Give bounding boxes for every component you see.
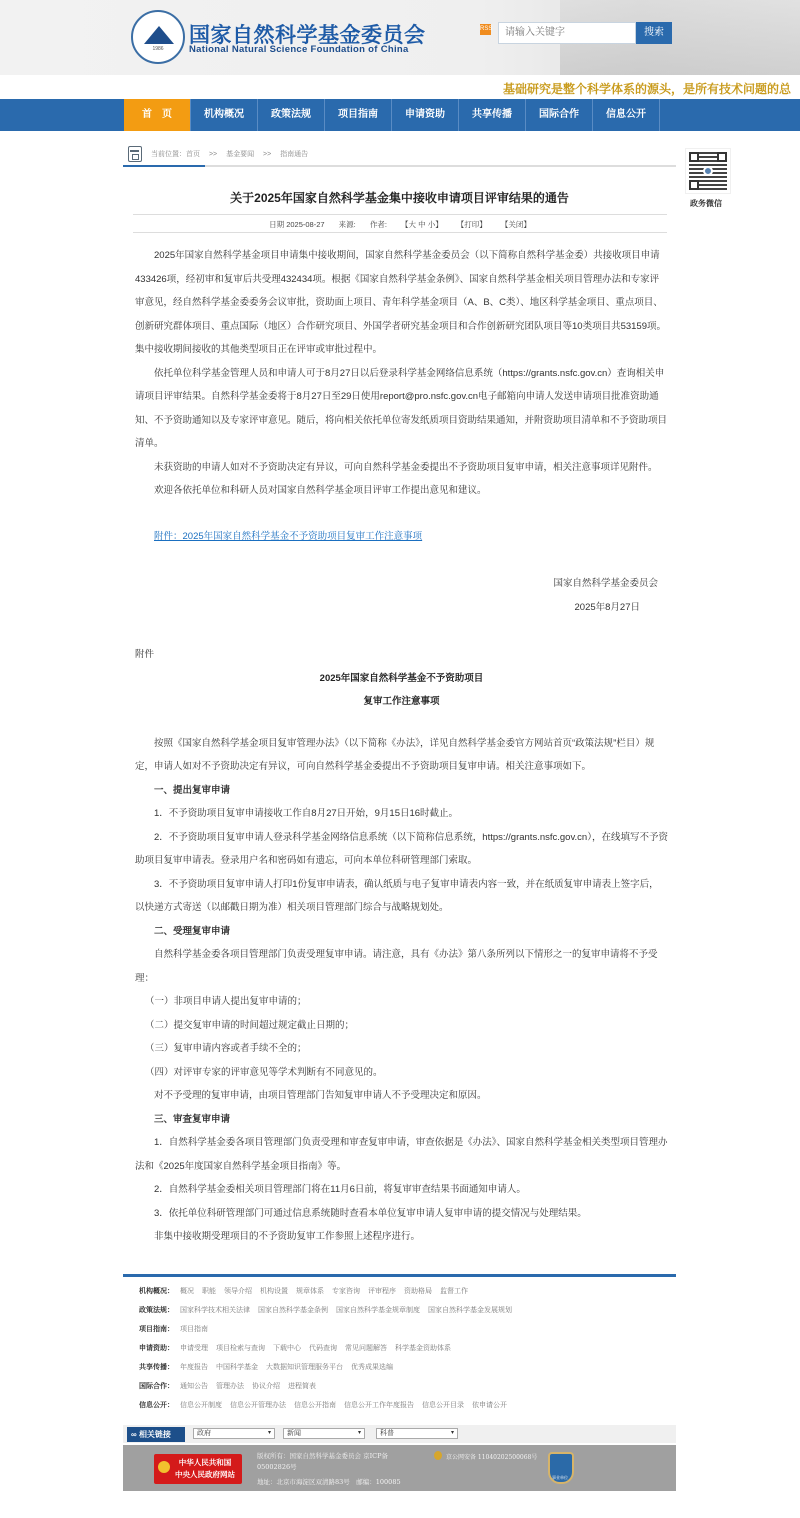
select-science[interactable]: 科普▾ bbox=[376, 1428, 458, 1439]
section-intro: 自然科学基金委各项目管理部门负责受理复审申请。请注意，具有《办法》第八条所列以下… bbox=[135, 943, 668, 990]
list-item: （二）提交复审申请的时间超过规定截止日期的； bbox=[135, 1014, 668, 1038]
footer-link[interactable]: 专家咨询 bbox=[332, 1288, 360, 1295]
section-heading: 三、审查复审申请 bbox=[135, 1108, 668, 1132]
breadcrumb-divider bbox=[123, 165, 676, 167]
footer-link[interactable]: 规章体系 bbox=[296, 1288, 324, 1295]
footer-link[interactable]: 国家自然科学基金发展规划 bbox=[428, 1307, 512, 1314]
qr-corner bbox=[689, 180, 699, 190]
footer-link[interactable]: 信息公开指南 bbox=[294, 1402, 336, 1409]
select-value: 新闻 bbox=[287, 1430, 301, 1437]
attachment-intro: 按照《国家自然科学基金项目复审管理办法》（以下简称《办法》，详见自然科学基金委官… bbox=[135, 732, 668, 779]
breadcrumb-sep: >> bbox=[209, 151, 217, 158]
footer-link[interactable]: 国家自然科学基金条例 bbox=[258, 1307, 328, 1314]
divider bbox=[133, 232, 667, 233]
footer-link[interactable]: 年度报告 bbox=[180, 1364, 208, 1371]
search-input[interactable]: 请输入关键字 bbox=[498, 22, 636, 44]
footer-link[interactable]: 信息公开工作年度报告 bbox=[344, 1402, 414, 1409]
list-item: 2．不予资助项目复审申请人登录科学基金网络信息系统（以下简称信息系统，https… bbox=[135, 826, 668, 873]
footer-category: 项目指南： bbox=[139, 1326, 174, 1333]
attachment-title-line2: 复审工作注意事项 bbox=[135, 690, 668, 714]
footer-link[interactable]: 常见问题解答 bbox=[345, 1345, 387, 1352]
list-item: 3．不予资助项目复审申请人打印1份复审申请表，确认纸质与电子复审申请表内容一致，… bbox=[135, 873, 668, 920]
divider bbox=[133, 214, 667, 215]
article-title: 关于2025年国家自然科学基金集中接收申请项目评审结果的通告 bbox=[123, 189, 676, 206]
gov-badge-line1: 中华人民共和国 bbox=[168, 1457, 242, 1469]
article-meta: 日期 2025-08-27 来源: 作者: 【大 中 小】 【打印】 【关闭】 bbox=[133, 219, 667, 230]
footer-category: 国际合作： bbox=[139, 1383, 174, 1390]
footer-category: 申请资助： bbox=[139, 1345, 174, 1352]
list-item: （一）非项目申请人提出复审申请的； bbox=[135, 990, 668, 1014]
attachment-link[interactable]: 附件：2025年国家自然科学基金不予资助项目复审工作注意事项 bbox=[154, 531, 422, 542]
footer-link-row: 项目指南：项目指南 bbox=[139, 1324, 679, 1343]
nav-item-disclosure[interactable]: 信息公开 bbox=[593, 99, 660, 131]
nav-item-home[interactable]: 首 页 bbox=[124, 99, 191, 131]
article-paragraph: 2025年国家自然科学基金项目申请集中接收期间，国家自然科学基金委员会（以下简称… bbox=[135, 244, 668, 362]
nav-item-about[interactable]: 机构概况 bbox=[191, 99, 258, 131]
footer-link[interactable]: 优秀成果选编 bbox=[351, 1364, 393, 1371]
breadcrumb: 当前位置：首页 >> 基金要闻 >> 指南通告 bbox=[151, 149, 315, 159]
footer-link[interactable]: 国家科学技术相关法律 bbox=[180, 1307, 250, 1314]
national-emblem-icon bbox=[158, 1461, 170, 1473]
nav-item-policy[interactable]: 政策法规 bbox=[258, 99, 325, 131]
nav-item-guide[interactable]: 项目指南 bbox=[325, 99, 392, 131]
chevron-down-icon: ▾ bbox=[268, 1429, 271, 1438]
copyright-line2: 05002826号 bbox=[257, 1462, 297, 1471]
qr-label: 政务微信 bbox=[690, 198, 722, 209]
nav-item-international[interactable]: 国际合作 bbox=[526, 99, 593, 131]
footer-link[interactable]: 大数据知识管理服务平台 bbox=[266, 1364, 343, 1371]
signature-org: 国家自然科学基金委员会 bbox=[135, 572, 658, 596]
address: 地址：北京市海淀区双清路83号 邮编：100085 bbox=[257, 1477, 401, 1486]
search-button[interactable]: 搜索 bbox=[636, 22, 672, 44]
attachment-title-line1: 2025年国家自然科学基金不予资助项目 bbox=[135, 667, 668, 691]
footer-sitemap: 机构概况：概况职能领导介绍机构设置规章体系专家咨询评审程序资助格局监督工作政策法… bbox=[139, 1286, 679, 1419]
slogan-bar: 基础研究是整个科学体系的源头，是所有技术问题的总 bbox=[0, 75, 800, 99]
slogan-marquee: 基础研究是整个科学体系的源头，是所有技术问题的总 bbox=[503, 80, 791, 97]
footer-link[interactable]: 项目检索与查询 bbox=[216, 1345, 265, 1352]
gov-badge-line2: 中央人民政府网站 bbox=[168, 1469, 242, 1481]
article-date: 日期 2025-08-27 bbox=[269, 220, 324, 229]
police-badge-icon bbox=[434, 1451, 442, 1460]
select-government[interactable]: 政府▾ bbox=[193, 1428, 275, 1439]
footer-link[interactable]: 依申请公开 bbox=[472, 1402, 507, 1409]
logo-year: 1986 bbox=[133, 46, 183, 52]
list-item: （四）对评审专家的评审意见等学术判断有不同意见的。 bbox=[135, 1061, 668, 1085]
footer-link[interactable]: 概况 bbox=[180, 1288, 194, 1295]
list-item: 1．自然科学基金委各项目管理部门负责受理和审查复审申请，审查依据是《办法》、国家… bbox=[135, 1131, 668, 1178]
section-heading: 二、受理复审申请 bbox=[135, 920, 668, 944]
footer-link[interactable]: 协议介绍 bbox=[252, 1383, 280, 1390]
footer-link[interactable]: 信息公开目录 bbox=[422, 1402, 464, 1409]
footer-link-row: 政策法规：国家科学技术相关法律国家自然科学基金条例国家自然科学基金规章制度国家自… bbox=[139, 1305, 679, 1324]
footer-link[interactable]: 项目指南 bbox=[180, 1326, 208, 1333]
public-institution-shield-icon[interactable]: 事业单位 bbox=[548, 1452, 574, 1484]
article-source: 来源: bbox=[339, 220, 356, 229]
font-size-toggle[interactable]: 【大 中 小】 bbox=[401, 220, 443, 229]
section-outro: 对不予受理的复审申请，由项目管理部门告知复审申请人不予受理决定和原因。 bbox=[135, 1084, 668, 1108]
signature-date: 2025年8月27日 bbox=[135, 596, 658, 620]
main-nav: 首 页 机构概况 政策法规 项目指南 申请资助 共享传播 国际合作 信息公开 bbox=[0, 99, 800, 131]
copyright-line1: 版权所有：国家自然科学基金委员会 京ICP备 bbox=[257, 1451, 388, 1460]
nsfc-logo-icon[interactable]: 1986 bbox=[131, 10, 185, 64]
chevron-down-icon: ▾ bbox=[358, 1429, 361, 1438]
attachment-section: 附件 2025年国家自然科学基金不予资助项目 复审工作注意事项 按照《国家自然科… bbox=[135, 643, 668, 1249]
chevron-down-icon: ▾ bbox=[451, 1429, 454, 1438]
list-item: 1．不予资助项目复审申请接收工作自8月27日开始，9月15日16时截止。 bbox=[135, 802, 668, 826]
footer-category: 政策法规： bbox=[139, 1307, 174, 1314]
footer-link[interactable]: 代码查询 bbox=[309, 1345, 337, 1352]
footer-link[interactable]: 科学基金资助体系 bbox=[395, 1345, 451, 1352]
footer-link[interactable]: 申请受理 bbox=[180, 1345, 208, 1352]
footer-link[interactable]: 领导介绍 bbox=[224, 1288, 252, 1295]
link-icon: ∞ bbox=[131, 1430, 139, 1439]
footer-link[interactable]: 资助格局 bbox=[404, 1288, 432, 1295]
footer-divider bbox=[123, 1274, 676, 1277]
select-news[interactable]: 新闻▾ bbox=[283, 1428, 365, 1439]
qr-logo-icon bbox=[703, 166, 713, 176]
nav-item-share[interactable]: 共享传播 bbox=[459, 99, 526, 131]
related-links-text: 相关链接 bbox=[139, 1430, 171, 1439]
footer-link[interactable]: 通知公告 bbox=[180, 1383, 208, 1390]
article-paragraph: 欢迎各依托单位和科研人员对国家自然科学基金项目评审工作提出意见和建议。 bbox=[135, 479, 668, 503]
footer-category: 机构概况： bbox=[139, 1288, 174, 1295]
signature: 国家自然科学基金委员会 2025年8月27日 bbox=[135, 572, 668, 619]
article-paragraph: 未获资助的申请人如对不予资助决定有异议，可向自然科学基金委提出不予资助项目复审申… bbox=[135, 456, 668, 480]
article-paragraph: 依托单位科学基金管理人员和申请人可于8月27日以后登录科学基金网络信息系统（ht… bbox=[135, 362, 668, 456]
footer-link-row: 申请资助：申请受理项目检索与查询下载中心代码查询常见问题解答科学基金资助体系 bbox=[139, 1343, 679, 1362]
logo-title-en: National Natural Science Foundation of C… bbox=[189, 44, 409, 55]
close-button[interactable]: 【关闭】 bbox=[501, 220, 531, 229]
footer-link-row: 机构概况：概况职能领导介绍机构设置规章体系专家咨询评审程序资助格局监督工作 bbox=[139, 1286, 679, 1305]
footer-category: 信息公开： bbox=[139, 1402, 174, 1409]
mountain-icon bbox=[144, 26, 174, 44]
location-icon bbox=[128, 146, 142, 162]
footer-link[interactable]: 信息公开制度 bbox=[180, 1402, 222, 1409]
footer-link[interactable]: 评审程序 bbox=[368, 1288, 396, 1295]
footer-link[interactable]: 信息公开管理办法 bbox=[230, 1402, 286, 1409]
qr-corner bbox=[717, 152, 727, 162]
related-links-label: ∞ 相关链接 bbox=[127, 1427, 185, 1442]
footer-category: 共享传播： bbox=[139, 1364, 174, 1371]
rss-icon[interactable]: RSS bbox=[480, 24, 491, 35]
article-author: 作者: bbox=[370, 220, 387, 229]
list-item: 3．依托单位科研管理部门可通过信息系统随时查看本单位复审申请人复审申请的提交情况… bbox=[135, 1202, 668, 1226]
police-record[interactable]: 京公网安备 11040202500068号 bbox=[446, 1452, 537, 1461]
list-item: （三）复审申请内容或者手续不全的； bbox=[135, 1037, 668, 1061]
select-value: 政府 bbox=[197, 1430, 211, 1437]
footer-link-row: 信息公开：信息公开制度信息公开管理办法信息公开指南信息公开工作年度报告信息公开目… bbox=[139, 1400, 679, 1419]
wechat-qr-code bbox=[686, 149, 730, 193]
qr-corner bbox=[689, 152, 699, 162]
footer-link-row: 国际合作：通知公告管理办法协议介绍进程简表 bbox=[139, 1381, 679, 1400]
shield-label: 事业单位 bbox=[552, 1475, 568, 1481]
select-value: 科普 bbox=[380, 1430, 394, 1437]
nav-item-apply[interactable]: 申请资助 bbox=[392, 99, 459, 131]
footer-link[interactable]: 管理办法 bbox=[216, 1383, 244, 1390]
footer-link[interactable]: 机构设置 bbox=[260, 1288, 288, 1295]
footer-link[interactable]: 国家自然科学基金规章制度 bbox=[336, 1307, 420, 1314]
attachment-label: 附件 bbox=[135, 643, 668, 667]
print-button[interactable]: 【打印】 bbox=[457, 220, 487, 229]
footer-link[interactable]: 中国科学基金 bbox=[216, 1364, 258, 1371]
breadcrumb-sep: >> bbox=[263, 151, 271, 158]
breadcrumb-notices[interactable]: 指南通告 bbox=[280, 151, 308, 158]
breadcrumb-home[interactable]: 当前位置：首页 bbox=[151, 151, 200, 158]
footer-link[interactable]: 进程简表 bbox=[288, 1383, 316, 1390]
footer-link[interactable]: 监督工作 bbox=[440, 1288, 468, 1295]
attachment-link-wrap: 附件：2025年国家自然科学基金不予资助项目复审工作注意事项 bbox=[135, 525, 668, 549]
section-heading: 一、提出复审申请 bbox=[135, 779, 668, 803]
breadcrumb-news[interactable]: 基金要闻 bbox=[226, 151, 254, 158]
footer-link[interactable]: 下载中心 bbox=[273, 1345, 301, 1352]
closing-paragraph: 非集中接收期受理项目的不予资助复审工作参照上述程序进行。 bbox=[135, 1225, 668, 1249]
footer-link[interactable]: 职能 bbox=[202, 1288, 216, 1295]
list-item: 2．自然科学基金委相关项目管理部门将在11月6日前，将复审审查结果书面通知申请人… bbox=[135, 1178, 668, 1202]
article-body: 2025年国家自然科学基金项目申请集中接收期间，国家自然科学基金委员会（以下简称… bbox=[135, 244, 668, 503]
footer-link-row: 共享传播：年度报告中国科学基金大数据知识管理服务平台优秀成果选编 bbox=[139, 1362, 679, 1381]
